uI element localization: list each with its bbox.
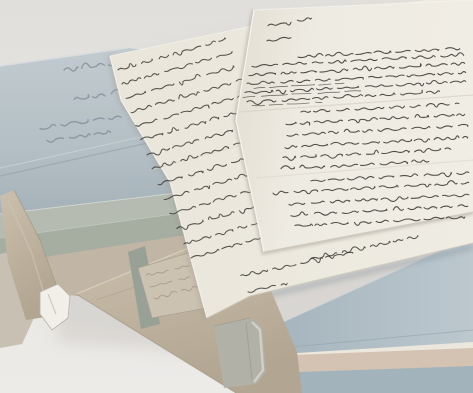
letters-scene [0,0,473,393]
front-manuscript-page [236,0,473,252]
photo-old-letters [0,0,473,393]
